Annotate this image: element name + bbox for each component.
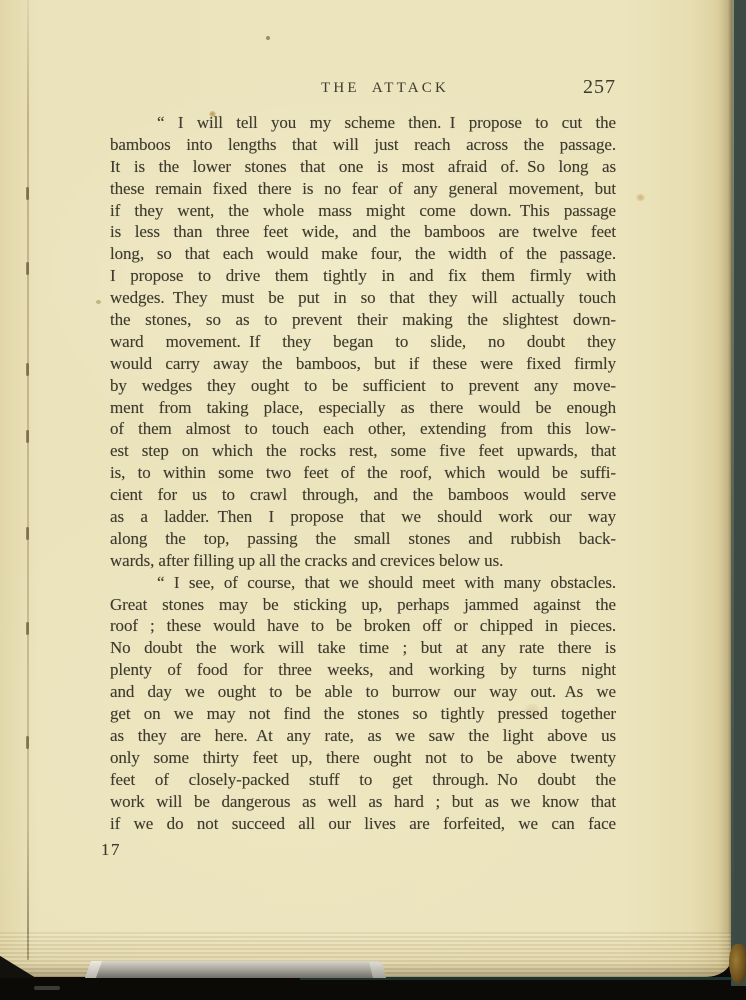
- text-line: of them almost to touch each other, exte…: [110, 418, 616, 440]
- gutter-fold-line: [27, 0, 29, 960]
- text-line: It is the lower stones that one is most …: [110, 156, 616, 178]
- text-line: along the top, passing the small stones …: [110, 528, 616, 550]
- text-line: I propose to drive them tightly in and f…: [110, 265, 616, 287]
- text-line: is less than three feet wide, and the ba…: [110, 221, 616, 243]
- text-line: get on we may not find the stones so tig…: [110, 703, 616, 725]
- text-line: roof ; these would have to be broken off…: [110, 615, 616, 637]
- text-line: the stones, so as to prevent their makin…: [110, 309, 616, 331]
- text-line: plenty of food for three weeks, and work…: [110, 659, 616, 681]
- page-stack-highlight: [731, 0, 734, 980]
- text-line: by wedges they ought to be sufficient to…: [110, 375, 616, 397]
- body-text: “ I will tell you my scheme then. I prop…: [110, 112, 616, 834]
- binding-stitch-mark: [26, 187, 29, 200]
- binding-stitch-mark: [26, 262, 29, 275]
- paper-stain: [266, 36, 270, 40]
- text-line: is, to within some two feet of the roof,…: [110, 462, 616, 484]
- text-line: “ I will tell you my scheme then. I prop…: [110, 112, 616, 134]
- text-line: as they are here. At any rate, as we saw…: [110, 725, 616, 747]
- cradle-glint: [34, 986, 60, 990]
- text-line: work will be dangerous as well as hard ;…: [110, 791, 616, 813]
- binding-stitch-mark: [26, 363, 29, 376]
- text-line: cient for us to crawl through, and the b…: [110, 484, 616, 506]
- text-line: long, so that each would make four, the …: [110, 243, 616, 265]
- book-page: THE ATTACK 257 “ I will tell you my sche…: [0, 0, 731, 977]
- text-line: ward movement. If they began to slide, n…: [110, 331, 616, 353]
- text-line: No doubt the work will take time ; but a…: [110, 637, 616, 659]
- text-line: if they went, the whole mass might come …: [110, 200, 616, 222]
- text-line: these remain fixed there is no fear of a…: [110, 178, 616, 200]
- binding-stitch-mark: [26, 736, 29, 749]
- text-line: wedges. They must be put in so that they…: [110, 287, 616, 309]
- book-cradle-bar: [87, 961, 386, 978]
- text-line: only some thirty feet up, there ought no…: [110, 747, 616, 769]
- paper-stain: [636, 194, 645, 201]
- text-line: and day we ought to be able to burrow ou…: [110, 681, 616, 703]
- paper-stain: [96, 300, 101, 304]
- page-number: 257: [110, 76, 616, 99]
- text-line: Great stones may be sticking up, perhaps…: [110, 594, 616, 616]
- text-line: bamboos into lengths that will just reac…: [110, 134, 616, 156]
- binding-stitch-mark: [26, 430, 29, 443]
- binding-stitch-mark: [26, 622, 29, 635]
- binding-stitch-mark: [26, 527, 29, 540]
- text-line: if we do not succeed all our lives are f…: [110, 813, 616, 835]
- text-line: would carry away the bamboos, but if the…: [110, 353, 616, 375]
- text-line: wards, after filling up all the cracks a…: [110, 550, 616, 572]
- text-line: ment from taking place, especially as th…: [110, 397, 616, 419]
- text-line: feet of closely-packed stuff to get thro…: [110, 769, 616, 791]
- text-line: as a ladder. Then I propose that we shou…: [110, 506, 616, 528]
- text-line: “ I see, of course, that we should meet …: [110, 572, 616, 594]
- text-line: est step on which the rocks rest, some f…: [110, 440, 616, 462]
- signature-mark: 17: [101, 840, 121, 860]
